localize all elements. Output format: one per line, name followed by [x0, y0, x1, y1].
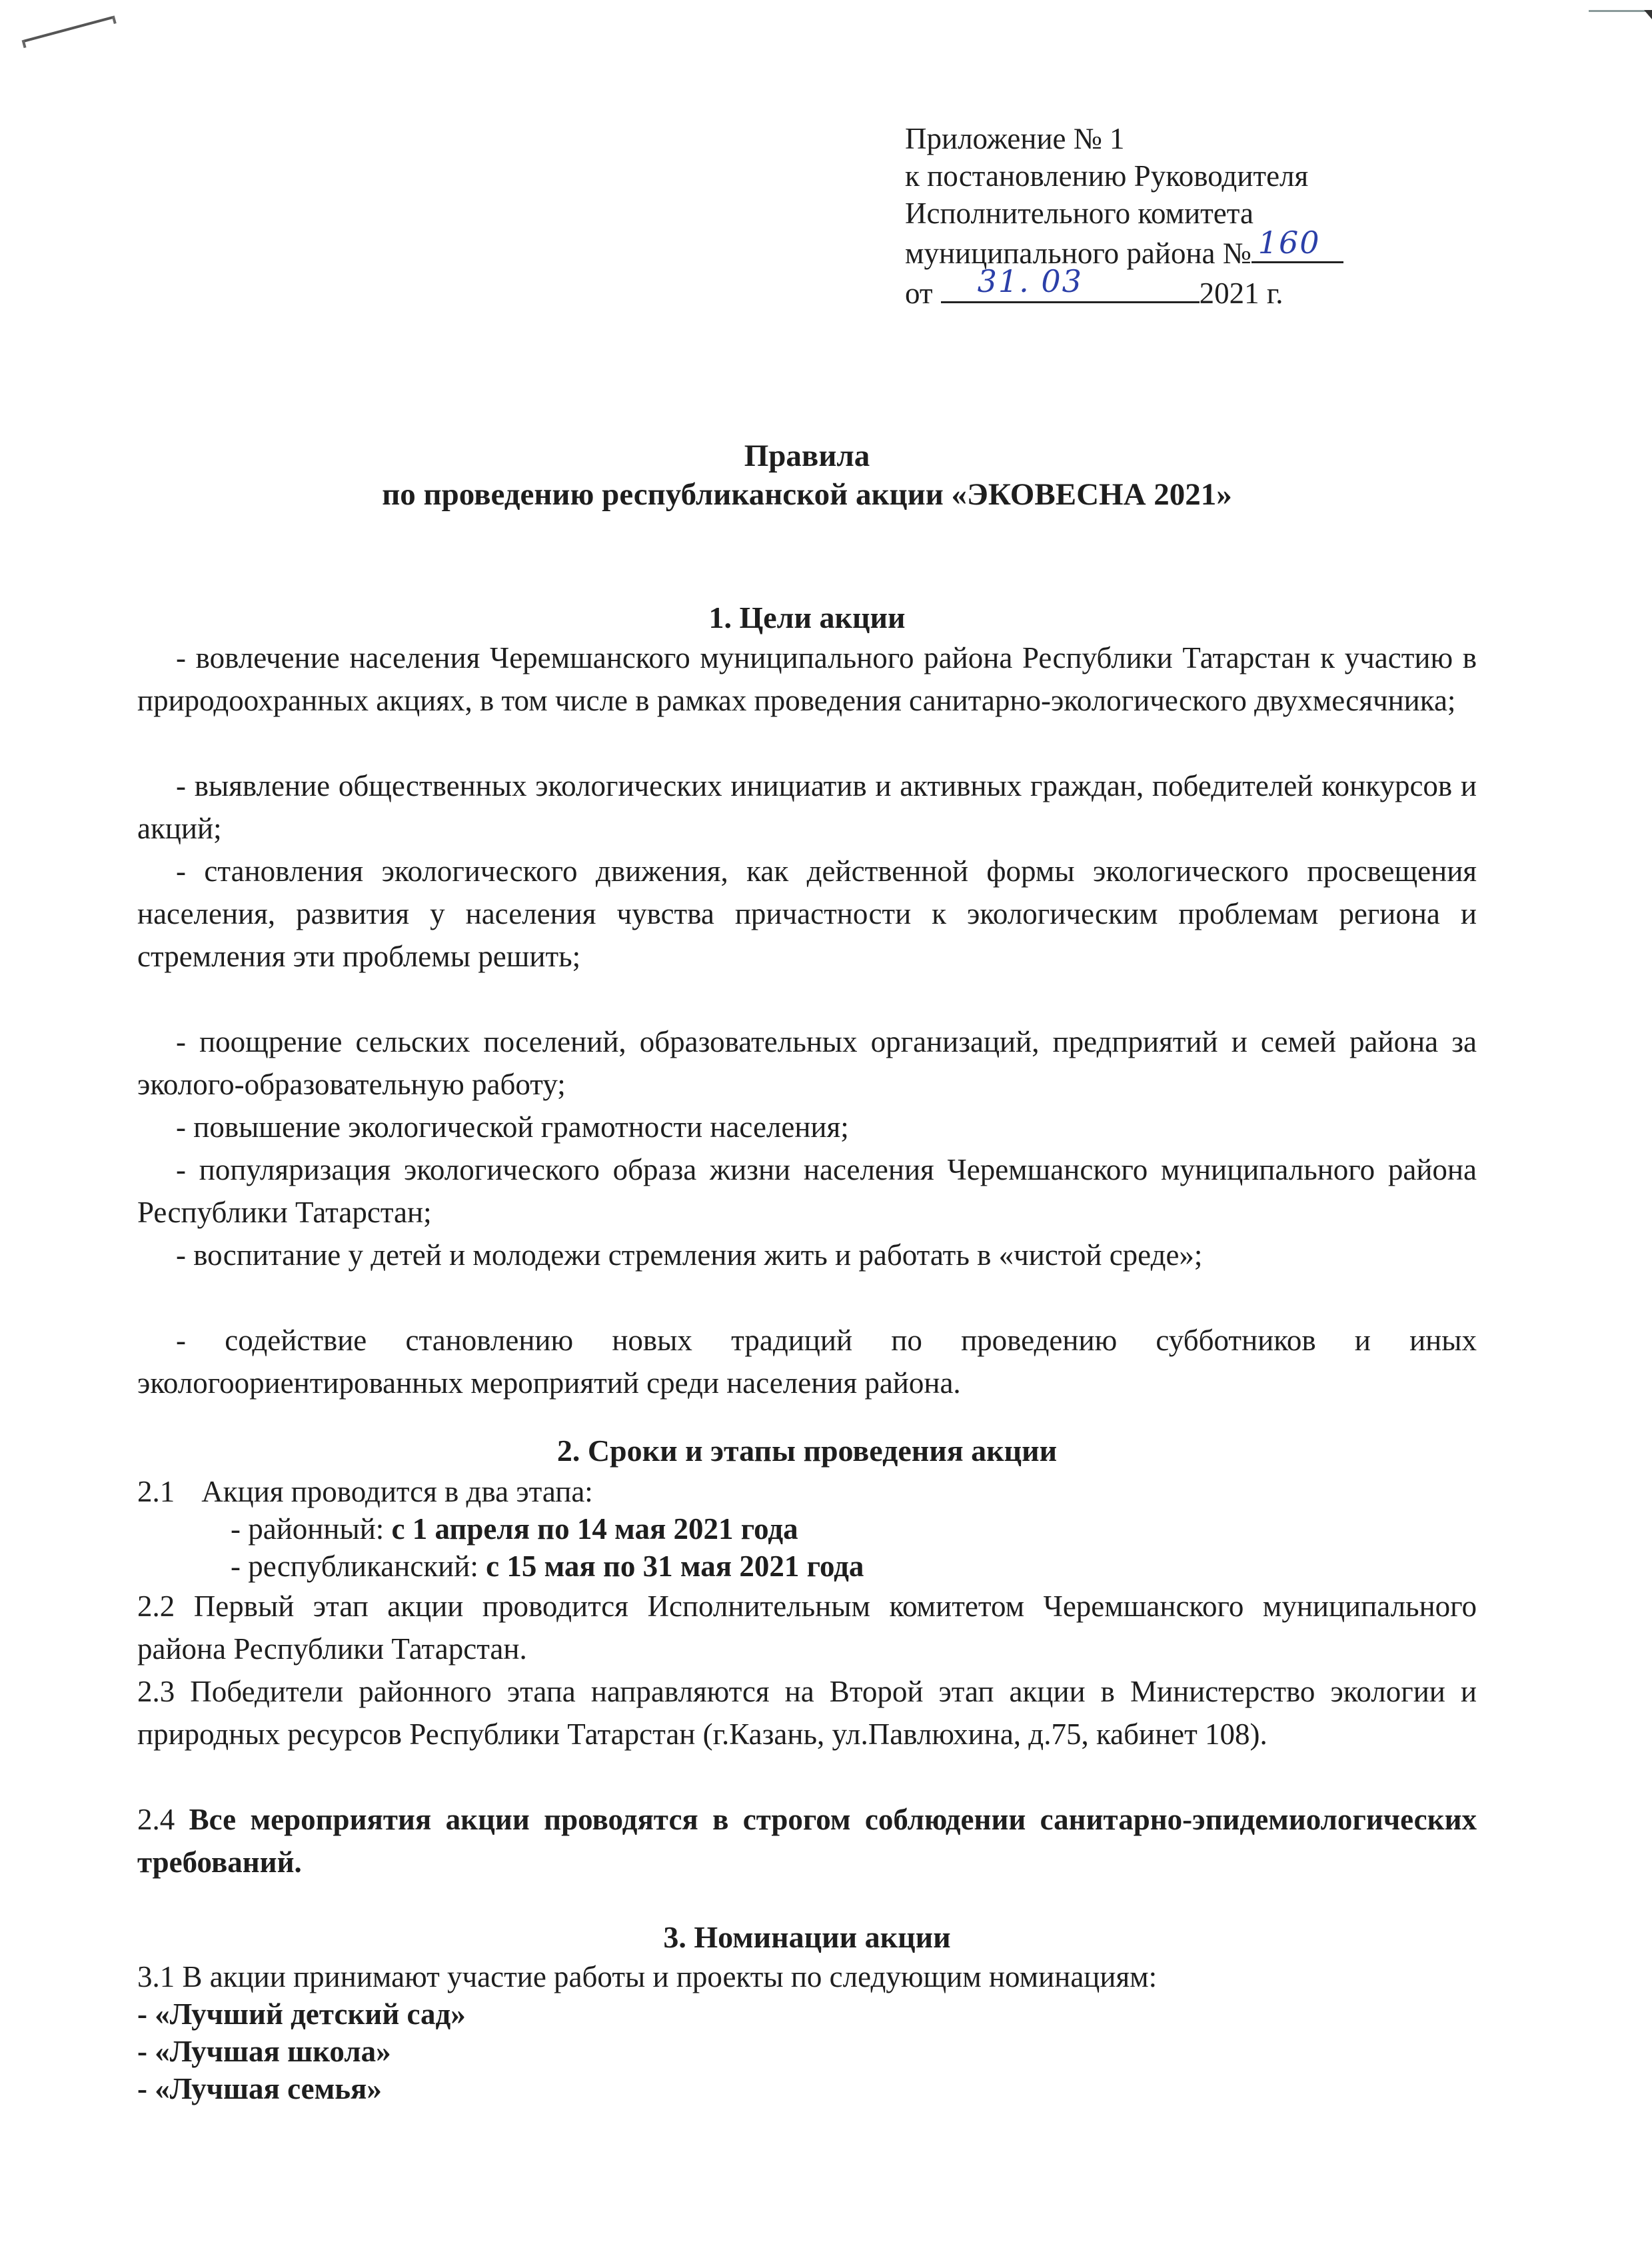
stage-dates: с 1 апреля по 14 мая 2021 года [392, 1512, 798, 1546]
goal-item: - вовлечение населения Черемшанского мун… [137, 636, 1477, 722]
clause-2-2: 2.2 Первый этап акции проводится Исполни… [137, 1585, 1477, 1670]
appendix-line: от [905, 277, 933, 310]
stage-item: - районный: с 1 апреля по 14 мая 2021 го… [231, 1510, 798, 1548]
clause-2-4: 2.4 Все мероприятия акции проводятся в с… [137, 1798, 1477, 1883]
date-field: 31. 03 [941, 272, 1200, 303]
section-heading: 1. Цели акции [137, 600, 1477, 635]
goal-item: - становления экологического движения, к… [137, 850, 1477, 978]
goal-item: - содействие становлению новых традиций … [137, 1319, 1477, 1404]
nomination-item: - «Лучшая школа» [137, 2033, 391, 2070]
stage-label: - районный: [231, 1512, 392, 1546]
staple-mark [23, 16, 113, 43]
title-line: по проведению республиканской акции «ЭКО… [137, 475, 1477, 514]
title-line: Правила [137, 437, 1477, 475]
stage-label: - республиканский: [231, 1550, 486, 1583]
appendix-line: Приложение № 1 [905, 120, 1343, 157]
handwritten-date: 31. 03 [978, 263, 1083, 300]
handwritten-number: 160 [1258, 224, 1321, 261]
appendix-header: Приложение № 1 к постановлению Руководит… [905, 120, 1343, 312]
clause-text-bold: Все мероприятия акции проводятся в строг… [137, 1803, 1477, 1879]
appendix-number-line: муниципального района №160 [905, 232, 1343, 272]
nomination-item: - «Лучший детский сад» [137, 1995, 466, 2033]
clause-number: 2.4 [137, 1803, 189, 1836]
clause-2-1: 2.1Акция проводится в два этапа: [137, 1473, 593, 1510]
clause-2-3: 2.3 Победители районного этапа направляю… [137, 1670, 1477, 1755]
goal-item: - выявление общественных экологических и… [137, 764, 1477, 850]
goal-item: - воспитание у детей и молодежи стремлен… [137, 1234, 1477, 1276]
goal-item: - популяризация экологического образа жи… [137, 1148, 1477, 1234]
corner-mark [1589, 10, 1652, 12]
stage-dates: с 15 мая по 31 мая 2021 года [486, 1550, 864, 1583]
document-title: Правила по проведению республиканской ак… [137, 437, 1477, 514]
goal-item: - поощрение сельских поселений, образова… [137, 1020, 1477, 1106]
clause-number: 2.1 [137, 1475, 175, 1508]
appendix-line: к постановлению Руководителя [905, 157, 1343, 195]
clause-text: Акция проводится в два этапа: [201, 1475, 593, 1508]
appendix-date-line: от31. 032021 г. [905, 272, 1343, 312]
number-field: 160 [1251, 232, 1343, 263]
clause-3-1: 3.1 В акции принимают участие работы и п… [137, 1958, 1157, 1995]
section-heading: 2. Сроки и этапы проведения акции [137, 1433, 1477, 1468]
appendix-year: 2021 г. [1200, 277, 1283, 310]
goal-item: - повышение экологической грамотности на… [137, 1106, 1477, 1148]
stage-item: - республиканский: с 15 мая по 31 мая 20… [231, 1548, 864, 1585]
section-heading: 3. Номинации акции [137, 1919, 1477, 1955]
nomination-item: - «Лучшая семья» [137, 2070, 382, 2107]
